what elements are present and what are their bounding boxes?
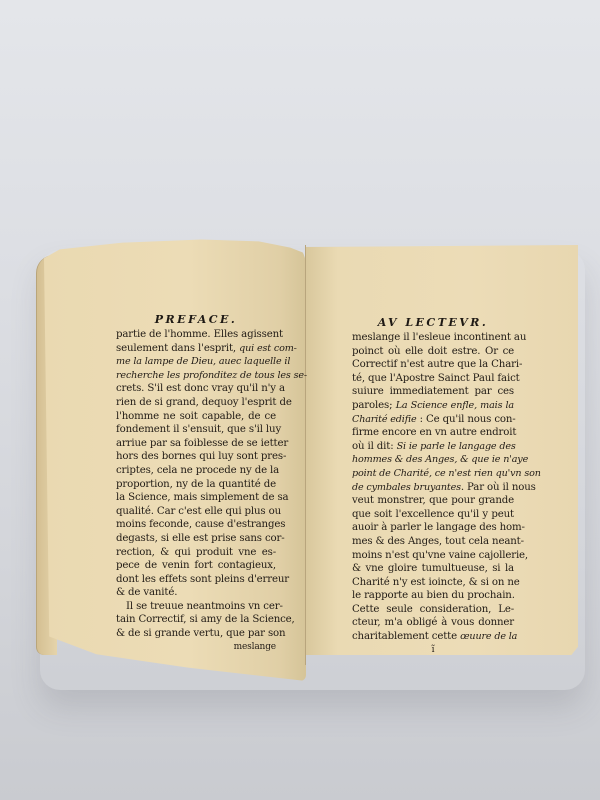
text-line: Charité n'y est ioincte, & si on ne [352,576,514,590]
text-line: meslange il l'esleue incontinent au [352,331,514,345]
text-line: l'homme ne soit capable, de ce [116,410,276,424]
text-roman: seulement dans l'esprit, [116,343,239,354]
text-line: & de vanité. [116,586,276,600]
text-line: hors des bornes qui luy sont pres- [116,450,276,464]
text-line: partie de l'homme. Elles agissent [116,328,276,342]
text-line: seulement dans l'esprit, qui est com- [116,342,276,356]
text-line: moins feconde, cause d'estranges [116,518,276,532]
text-roman: où il dit: [352,441,397,452]
text-line: pece de venin fort contagieux, [116,559,276,573]
text-line: que soit l'excellence qu'il y peut [352,508,514,522]
text-line: mes & des Anges, tout cela neant- [352,535,514,549]
book-gutter [305,245,306,665]
left-running-head: PREFACE. [116,313,276,326]
text-roman: paroles; [352,400,396,411]
text-italic: œuure de la [460,631,517,642]
text-line: criptes, cela ne procede ny de la [116,464,276,478]
text-line: la Science, mais simplement de sa [116,491,276,505]
text-line: dont les effets sont pleins d'erreur [116,573,276,587]
text-line: point de Charité, ce n'est rien qu'vn so… [352,467,514,481]
text-roman: charitablement cette [352,631,460,642]
text-italic: de cymbales bruyantes [352,482,461,493]
text-line: moins n'est qu'vne vaine cajollerie, [352,549,514,563]
text-line: auoir à parler le langage des hom- [352,521,514,535]
text-line: recherche les profonditez de tous les se… [116,369,276,383]
text-line: arriue par sa foiblesse de se ietter [116,437,276,451]
text-line: Il se treuue neantmoins vn cer- [116,600,276,614]
text-italic: Charité edifie [352,414,417,425]
text-line: crets. S'il est donc vray qu'il n'y a [116,382,276,396]
signature-mark: ĩ [352,644,514,658]
text-line: tain Correctif, si amy de la Science, [116,613,276,627]
text-line: proportion, ny de la quantité de [116,478,276,492]
text-line: té, que l'Apostre Sainct Paul faict [352,372,514,386]
text-line: le rapporte au bien du prochain. [352,589,514,603]
text-line: rien de si grand, dequoy l'esprit de [116,396,276,410]
text-italic: La Science enfle, mais la [396,400,514,411]
text-line: rection, & qui produit vne es- [116,546,276,560]
text-line: paroles; La Science enfle, mais la [352,399,514,413]
text-line: Charité edifie : Ce qu'il nous con- [352,413,514,427]
text-italic: Si ie parle le langage des [397,441,516,452]
text-roman: : Ce qu'il nous con- [417,414,516,425]
text-line: où il dit: Si ie parle le langage des [352,440,514,454]
text-roman: . Par où il nous [461,482,536,493]
text-line: suiure immediatement par ces [352,385,514,399]
left-page-text: PREFACE. partie de l'homme. Elles agisse… [116,313,276,654]
text-line: de cymbales bruyantes. Par où il nous [352,481,514,495]
catchword: meslange [116,641,276,655]
text-line: charitablement cette œuure de la [352,630,514,644]
text-line: Correctif n'est autre que la Chari- [352,358,514,372]
text-line: fondement il s'ensuit, que s'il luy [116,423,276,437]
text-line: firme encore en vn autre endroit [352,426,514,440]
text-line: qualité. Car c'est elle qui plus ou [116,505,276,519]
text-line: & vne gloire tumultueuse, si la [352,562,514,576]
text-line: hommes & des Anges, & que ie n'aye [352,453,514,467]
text-line: degasts, si elle est prise sans cor- [116,532,276,546]
text-line: & de si grande vertu, que par son [116,627,276,641]
photo-scene: PREFACE. partie de l'homme. Elles agisse… [0,0,600,800]
right-page-text: AV LECTEVR. meslange il l'esleue inconti… [352,316,514,657]
text-line: cteur, m'a obligé à vous donner [352,616,514,630]
text-line: Cette seule consideration, Le- [352,603,514,617]
text-line: poinct où elle doit estre. Or ce [352,345,514,359]
right-running-head: AV LECTEVR. [352,316,514,329]
text-line: veut monstrer, que pour grande [352,494,514,508]
text-line: me la lampe de Dieu, auec laquelle il [116,355,276,369]
text-italic: qui est com- [239,343,297,354]
